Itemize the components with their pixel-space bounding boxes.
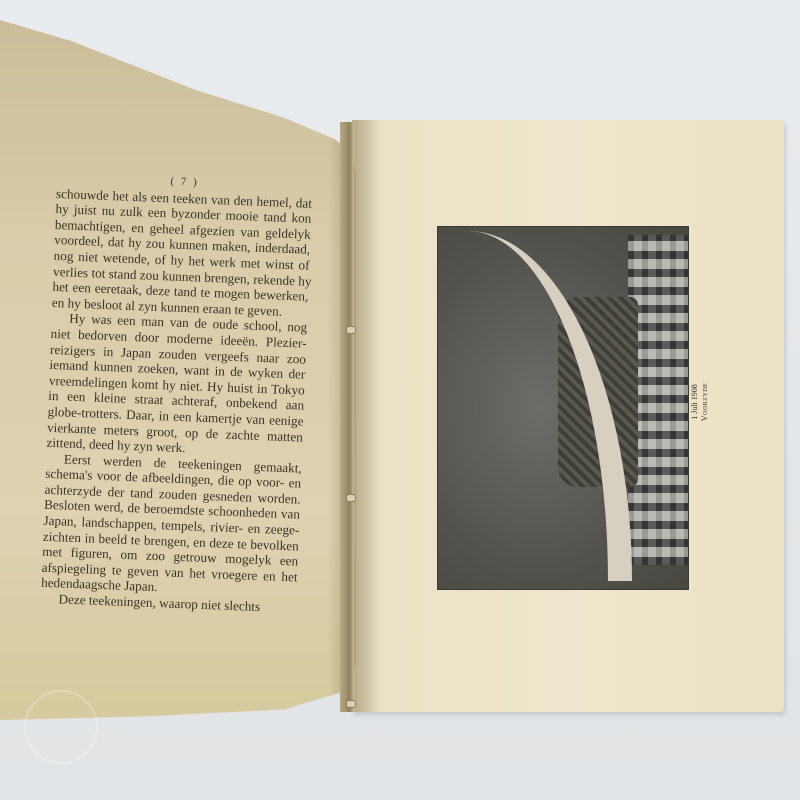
caption-side: Voorzyde xyxy=(700,362,710,442)
watermark-logo xyxy=(24,690,98,764)
carved-tusk xyxy=(468,231,632,581)
book-gutter xyxy=(340,122,354,712)
caption-date: 1 Juli 1908 xyxy=(690,362,700,442)
photo-plate xyxy=(437,226,689,590)
binding-stitch xyxy=(346,326,356,334)
binding-stitch xyxy=(346,494,356,502)
left-page-text: ( 7 ) schouwde het als een teeken van de… xyxy=(40,170,313,616)
binding-stitch xyxy=(346,700,356,708)
book-photo-scene: ( 7 ) schouwde het als een teeken van de… xyxy=(0,0,800,800)
text-lines: schouwde het als een teeken van den heme… xyxy=(40,186,312,617)
